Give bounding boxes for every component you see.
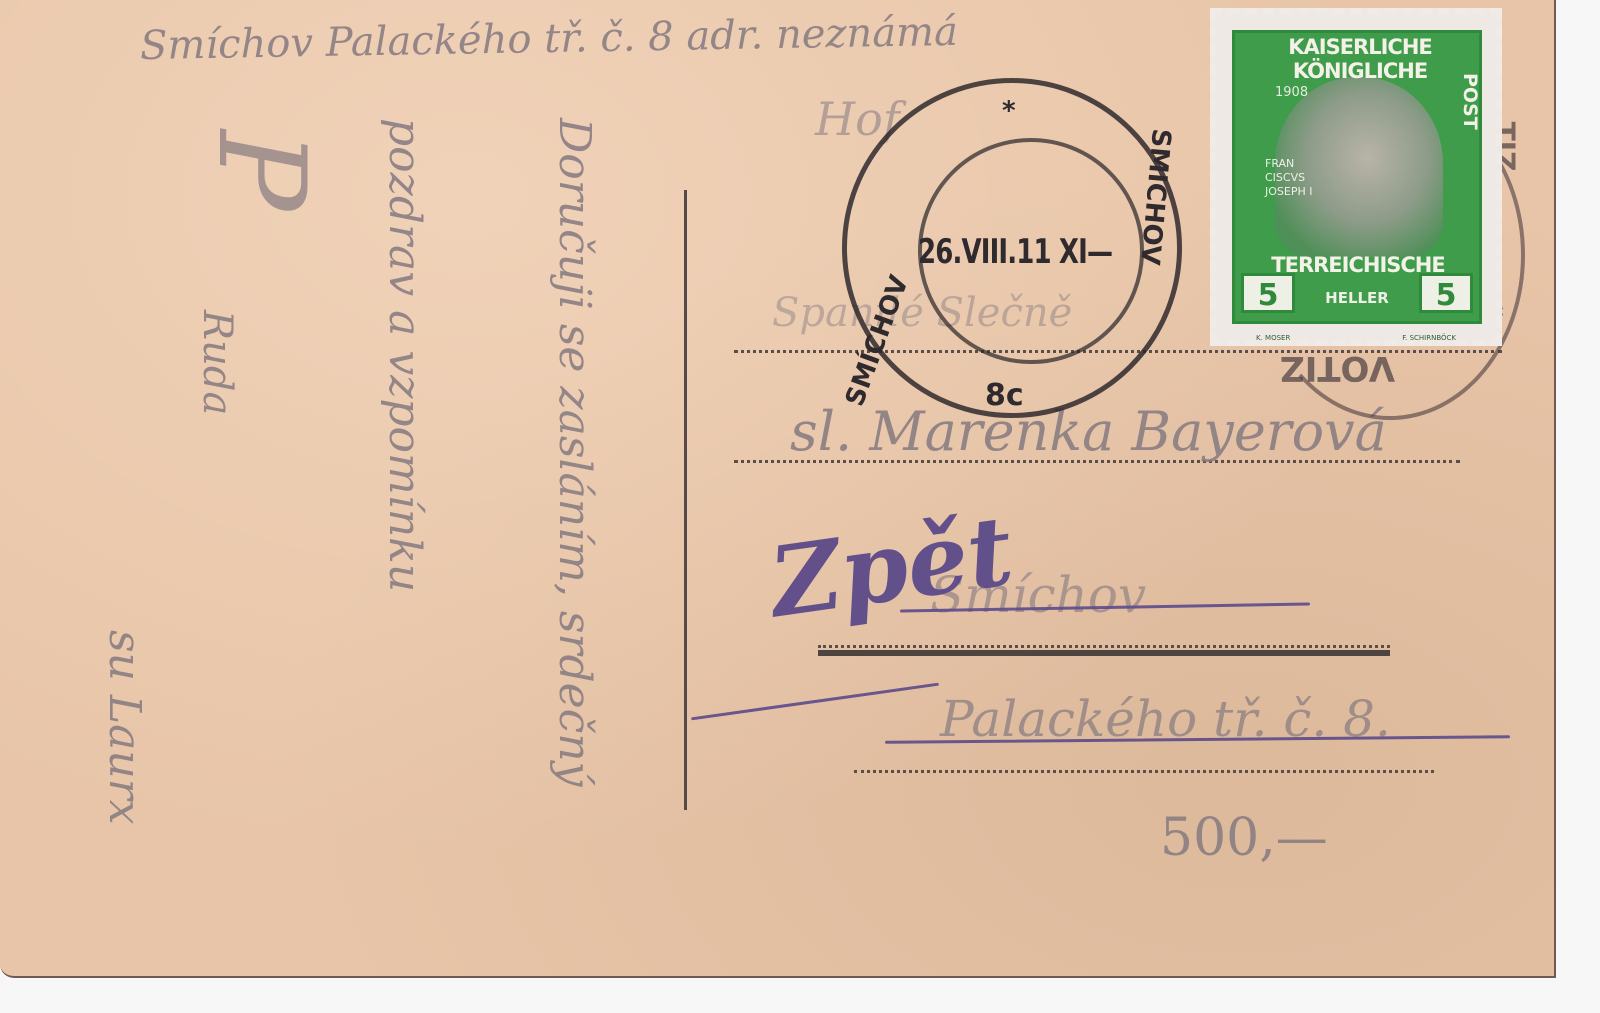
postmark-secondary-text: VOTIZ — [1280, 348, 1395, 388]
postcard: Smíchov Palackého tř. č. 8 adr. neznámá … — [0, 0, 1556, 978]
stamp-caption-1: FRAN — [1265, 157, 1335, 171]
postage-stamp: KAISERLICHE KÖNIGLICHE POST TERREICHISCH… — [1210, 8, 1502, 346]
stamp-text-top: KAISERLICHE KÖNIGLICHE — [1257, 35, 1463, 83]
message-line-3: Ruda — [194, 310, 240, 415]
postmark-date: 26.VIII.11 XI— — [918, 232, 1112, 272]
stamp-frame: KAISERLICHE KÖNIGLICHE POST TERREICHISCH… — [1232, 30, 1482, 324]
postmark-code: 8c — [985, 378, 1024, 413]
stamp-currency: HELLER — [1305, 289, 1409, 307]
postmark-star: * — [1002, 96, 1016, 126]
address-line-4 — [854, 770, 1434, 773]
stamp-printer-right: F. SCHIRNBÖCK — [1402, 334, 1456, 342]
stamp-printer-left: K. MOSER — [1256, 334, 1290, 342]
message-line-2: pozdrav a vzpomínku — [379, 118, 430, 592]
stamp-caption-3: JOSEPH I — [1265, 185, 1335, 199]
stamp-year: 1908 — [1275, 85, 1308, 100]
recipient-name: sl. Marenka Bayerová — [790, 400, 1387, 463]
sender-line: Smíchov Palackého tř. č. 8 adr. neznámá — [140, 9, 959, 69]
message-line-1: Doručuji se zasláním, srdečný — [549, 118, 600, 787]
divider-line — [684, 190, 687, 810]
stamp-value-left: 5 — [1241, 273, 1295, 313]
town-underline — [818, 650, 1390, 656]
address-line-3 — [818, 645, 1390, 648]
amount-note: 500,— — [1160, 808, 1328, 868]
stamp-caption-2: CISCVS — [1265, 171, 1335, 185]
stamp-text-right: POST — [1459, 73, 1481, 130]
return-underline — [691, 683, 939, 721]
greeting-letter: P — [191, 130, 330, 211]
signature: su Laurx — [99, 630, 150, 825]
stamp-value-right: 5 — [1419, 273, 1473, 313]
stamp-caption: FRAN CISCVS JOSEPH I — [1265, 157, 1335, 199]
